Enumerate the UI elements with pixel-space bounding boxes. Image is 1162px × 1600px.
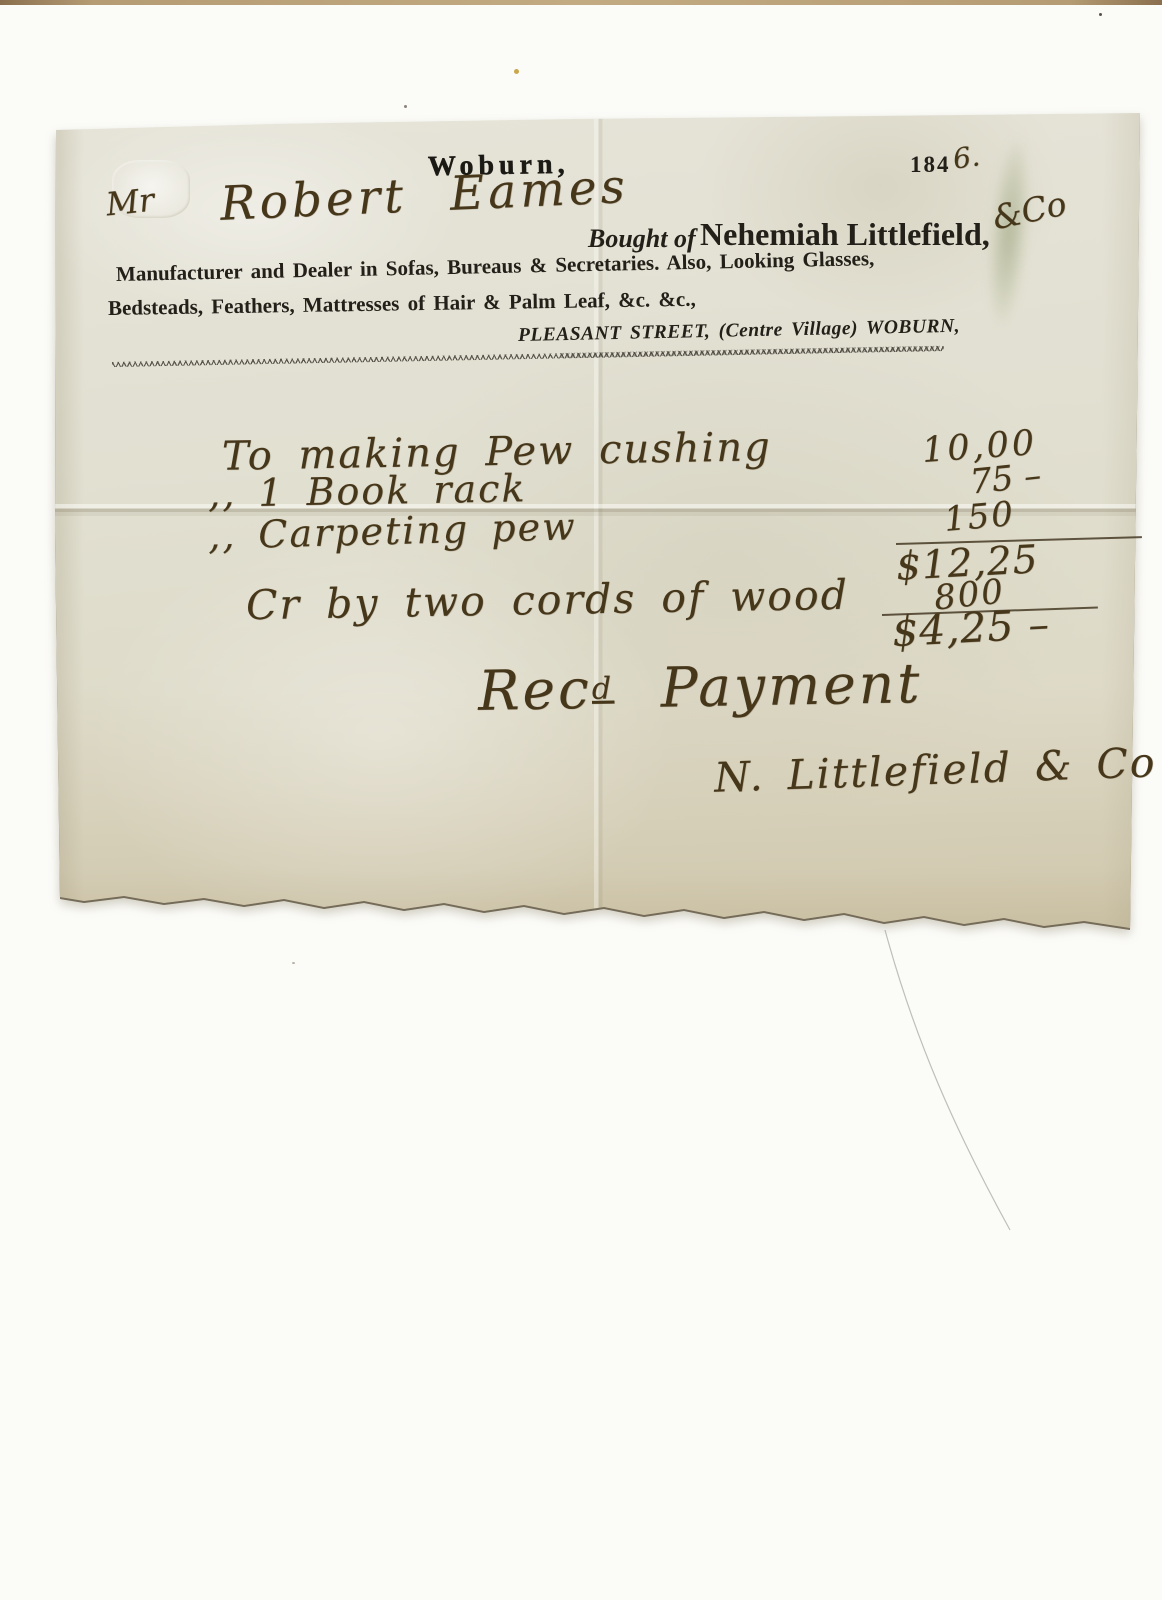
vendor-name: Nehemiah Littlefield, [700,218,990,250]
paper-speck [404,105,407,108]
received-superscript: d [591,671,614,706]
credit-description: Cr by two cords of wood [246,575,850,627]
year-handwritten: 6. [951,142,981,173]
received-pre: Rec [477,657,592,723]
item-amount: 75 – [968,458,1042,499]
scratch-hairline [860,900,1060,1260]
item-description: ,, Carpeting pew [208,507,577,555]
item-amount: 150 [943,497,1017,537]
bought-of-label: Bought of [588,226,696,252]
scan-edge-strip [0,0,1162,5]
paper-speck [1099,13,1102,16]
total-amount: $4,25 – [891,604,1051,653]
year-printed: 184 [910,153,951,176]
received-payment: Recd Payment [478,656,923,719]
addressee-honorific: Mr [104,184,155,221]
paper-speck [292,962,295,964]
paper-speck [514,69,519,74]
received-post: Payment [614,651,923,720]
scanned-document-page: Woburn, 184 6. Mr Robert Eames Bought of… [0,0,1162,1600]
